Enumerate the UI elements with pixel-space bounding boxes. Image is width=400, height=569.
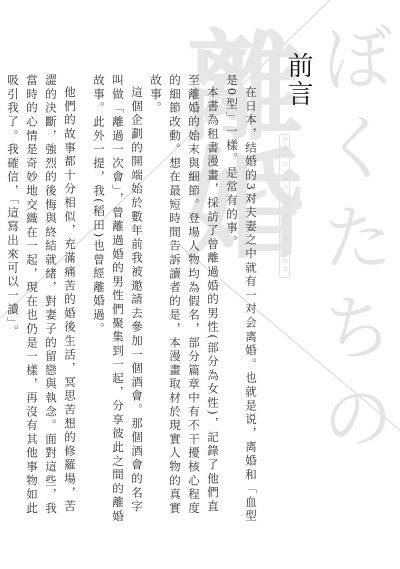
page-title: 前言 [283, 52, 313, 108]
watermark-kana: ぼくたちの [312, 20, 392, 470]
preface-page: 離婚 ぼくたちの BOKUTACHI NO RIKON 前言 在日本，结婚的3对… [0, 0, 400, 569]
paragraph-3: 這個企劃的開端始於數年前我被邀請去參加一個酒會。那個酒會的名字叫做「離過一次會」… [89, 74, 146, 524]
watermark-label: BOKUTACHI NO RIKON [279, 134, 290, 278]
preface-body: 在日本，结婚的3对夫妻之中就有一对会离婚。也就是说，离婚和「血型是0型」一樣。是… [30, 74, 260, 524]
paragraph-2: 本書為租書漫畫，採訪了曾離過婚的男性(部分為女性)，記錄了他們直至離婚的始末與細… [146, 74, 222, 524]
paragraph-1: 在日本，结婚的3对夫妻之中就有一对会离婚。也就是说，离婚和「血型是0型」一樣。是… [222, 74, 260, 524]
paragraph-4: 他們的故事都十分相似，充滿痛苦的婚後生活，冥思苦想的修羅場，苦澀的決斷，強烈的後… [3, 74, 79, 524]
